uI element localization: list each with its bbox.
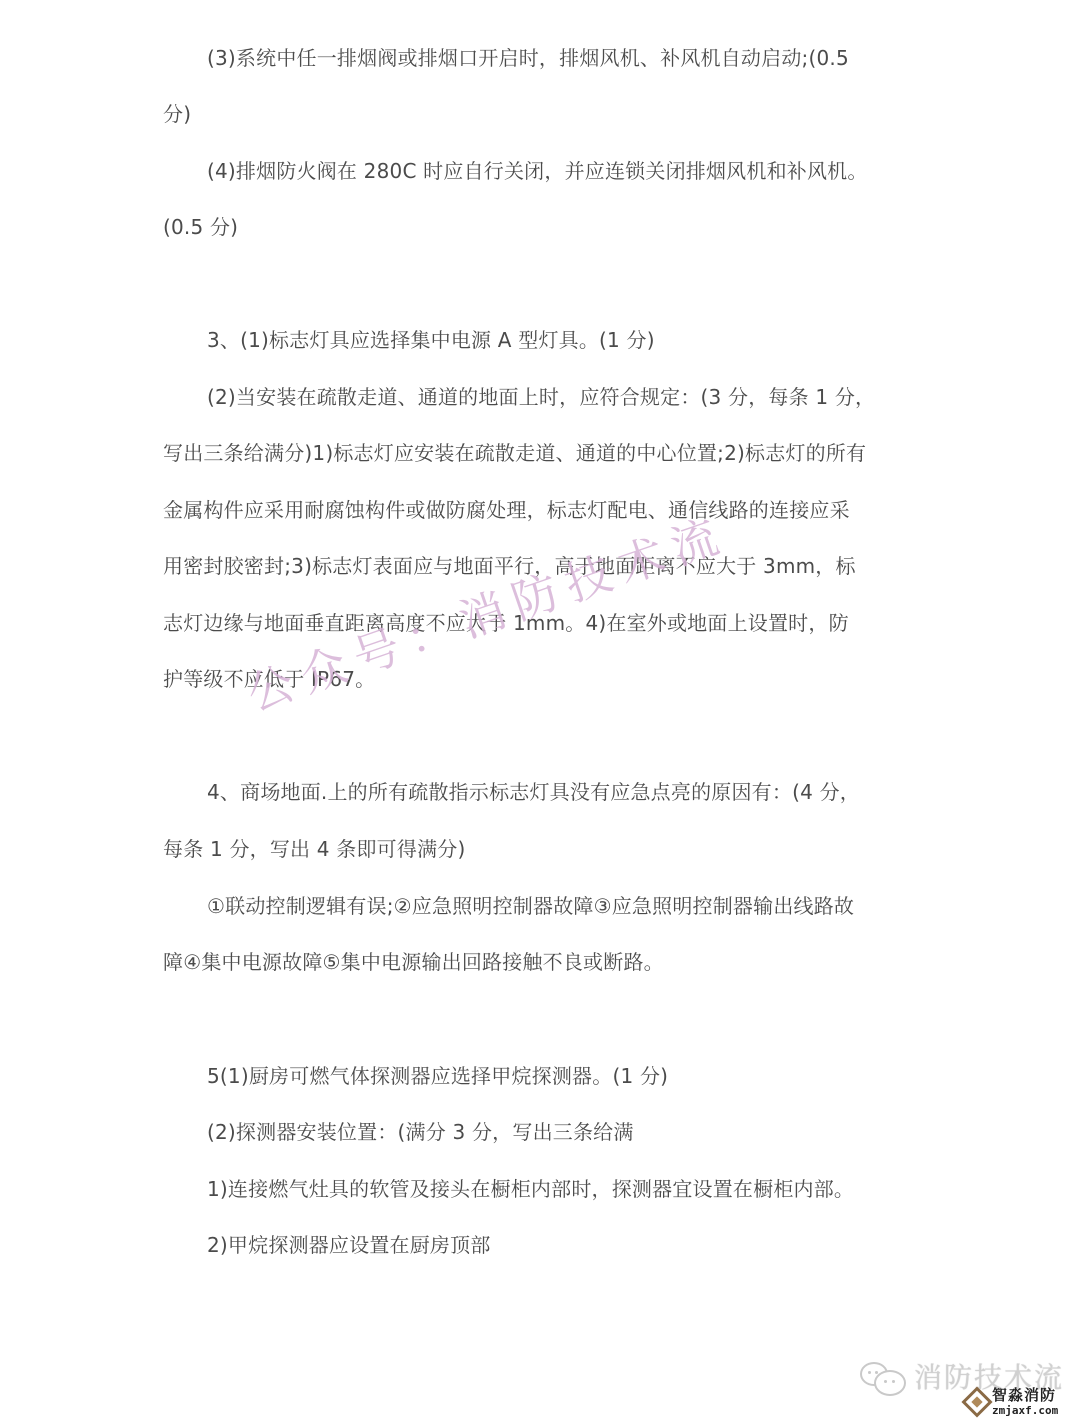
document-page: (3)系统中任一排烟阀或排烟口开启时，排烟风机、补风机自动启动;(0.5 分) …: [0, 0, 1080, 1424]
text-line: (2)当安装在疏散走道、通道的地面上时，应符合规定：(3 分，每条 1 分，: [207, 383, 875, 411]
text-line: (3)系统中任一排烟阀或排烟口开启时，排烟风机、补风机自动启动;(0.5: [207, 44, 849, 72]
wechat-icon: [860, 1360, 906, 1392]
site-logo-name: 智淼消防: [992, 1388, 1058, 1403]
text-line: (0.5 分): [163, 213, 238, 241]
text-line: 分): [163, 100, 191, 128]
site-logo: 智淼消防 zmjaxf.com: [966, 1388, 1058, 1416]
text-line: ①联动控制逻辑有误;②应急照明控制器故障③应急照明控制器输出线路故: [207, 892, 854, 920]
text-line: (2)探测器安装位置：(满分 3 分，写出三条给满: [207, 1118, 634, 1146]
section-5-heading: 5(1)厨房可燃气体探测器应选择甲烷探测器。(1 分): [207, 1062, 668, 1090]
diamond-logo-icon: [961, 1386, 992, 1417]
section-3-heading: 3、(1)标志灯具应选择集中电源 A 型灯具。(1 分): [207, 326, 655, 354]
text-line: 写出三条给满分)1)标志灯应安装在疏散走道、通道的中心位置;2)标志灯的所有: [163, 439, 866, 467]
text-line: 金属构件应采用耐腐蚀构件或做防腐处理，标志灯配电、通信线路的连接应采: [163, 496, 850, 524]
text-line: (4)排烟防火阀在 280C 时应自行关闭，并应连锁关闭排烟风机和补风机。: [207, 157, 868, 185]
text-line: 每条 1 分，写出 4 条即可得满分): [163, 835, 465, 863]
text-line: 障④集中电源故障⑤集中电源输出回路接触不良或断路。: [163, 948, 664, 976]
section-4-heading: 4、商场地面.上的所有疏散指示标志灯具没有应急点亮的原因有：(4 分，: [207, 778, 860, 806]
text-line: 1)连接燃气灶具的软管及接头在橱柜内部时，探测器宜设置在橱柜内部。: [207, 1175, 854, 1203]
site-logo-url: zmjaxf.com: [992, 1405, 1058, 1416]
text-line: 2)甲烷探测器应设置在厨房顶部: [207, 1231, 491, 1259]
